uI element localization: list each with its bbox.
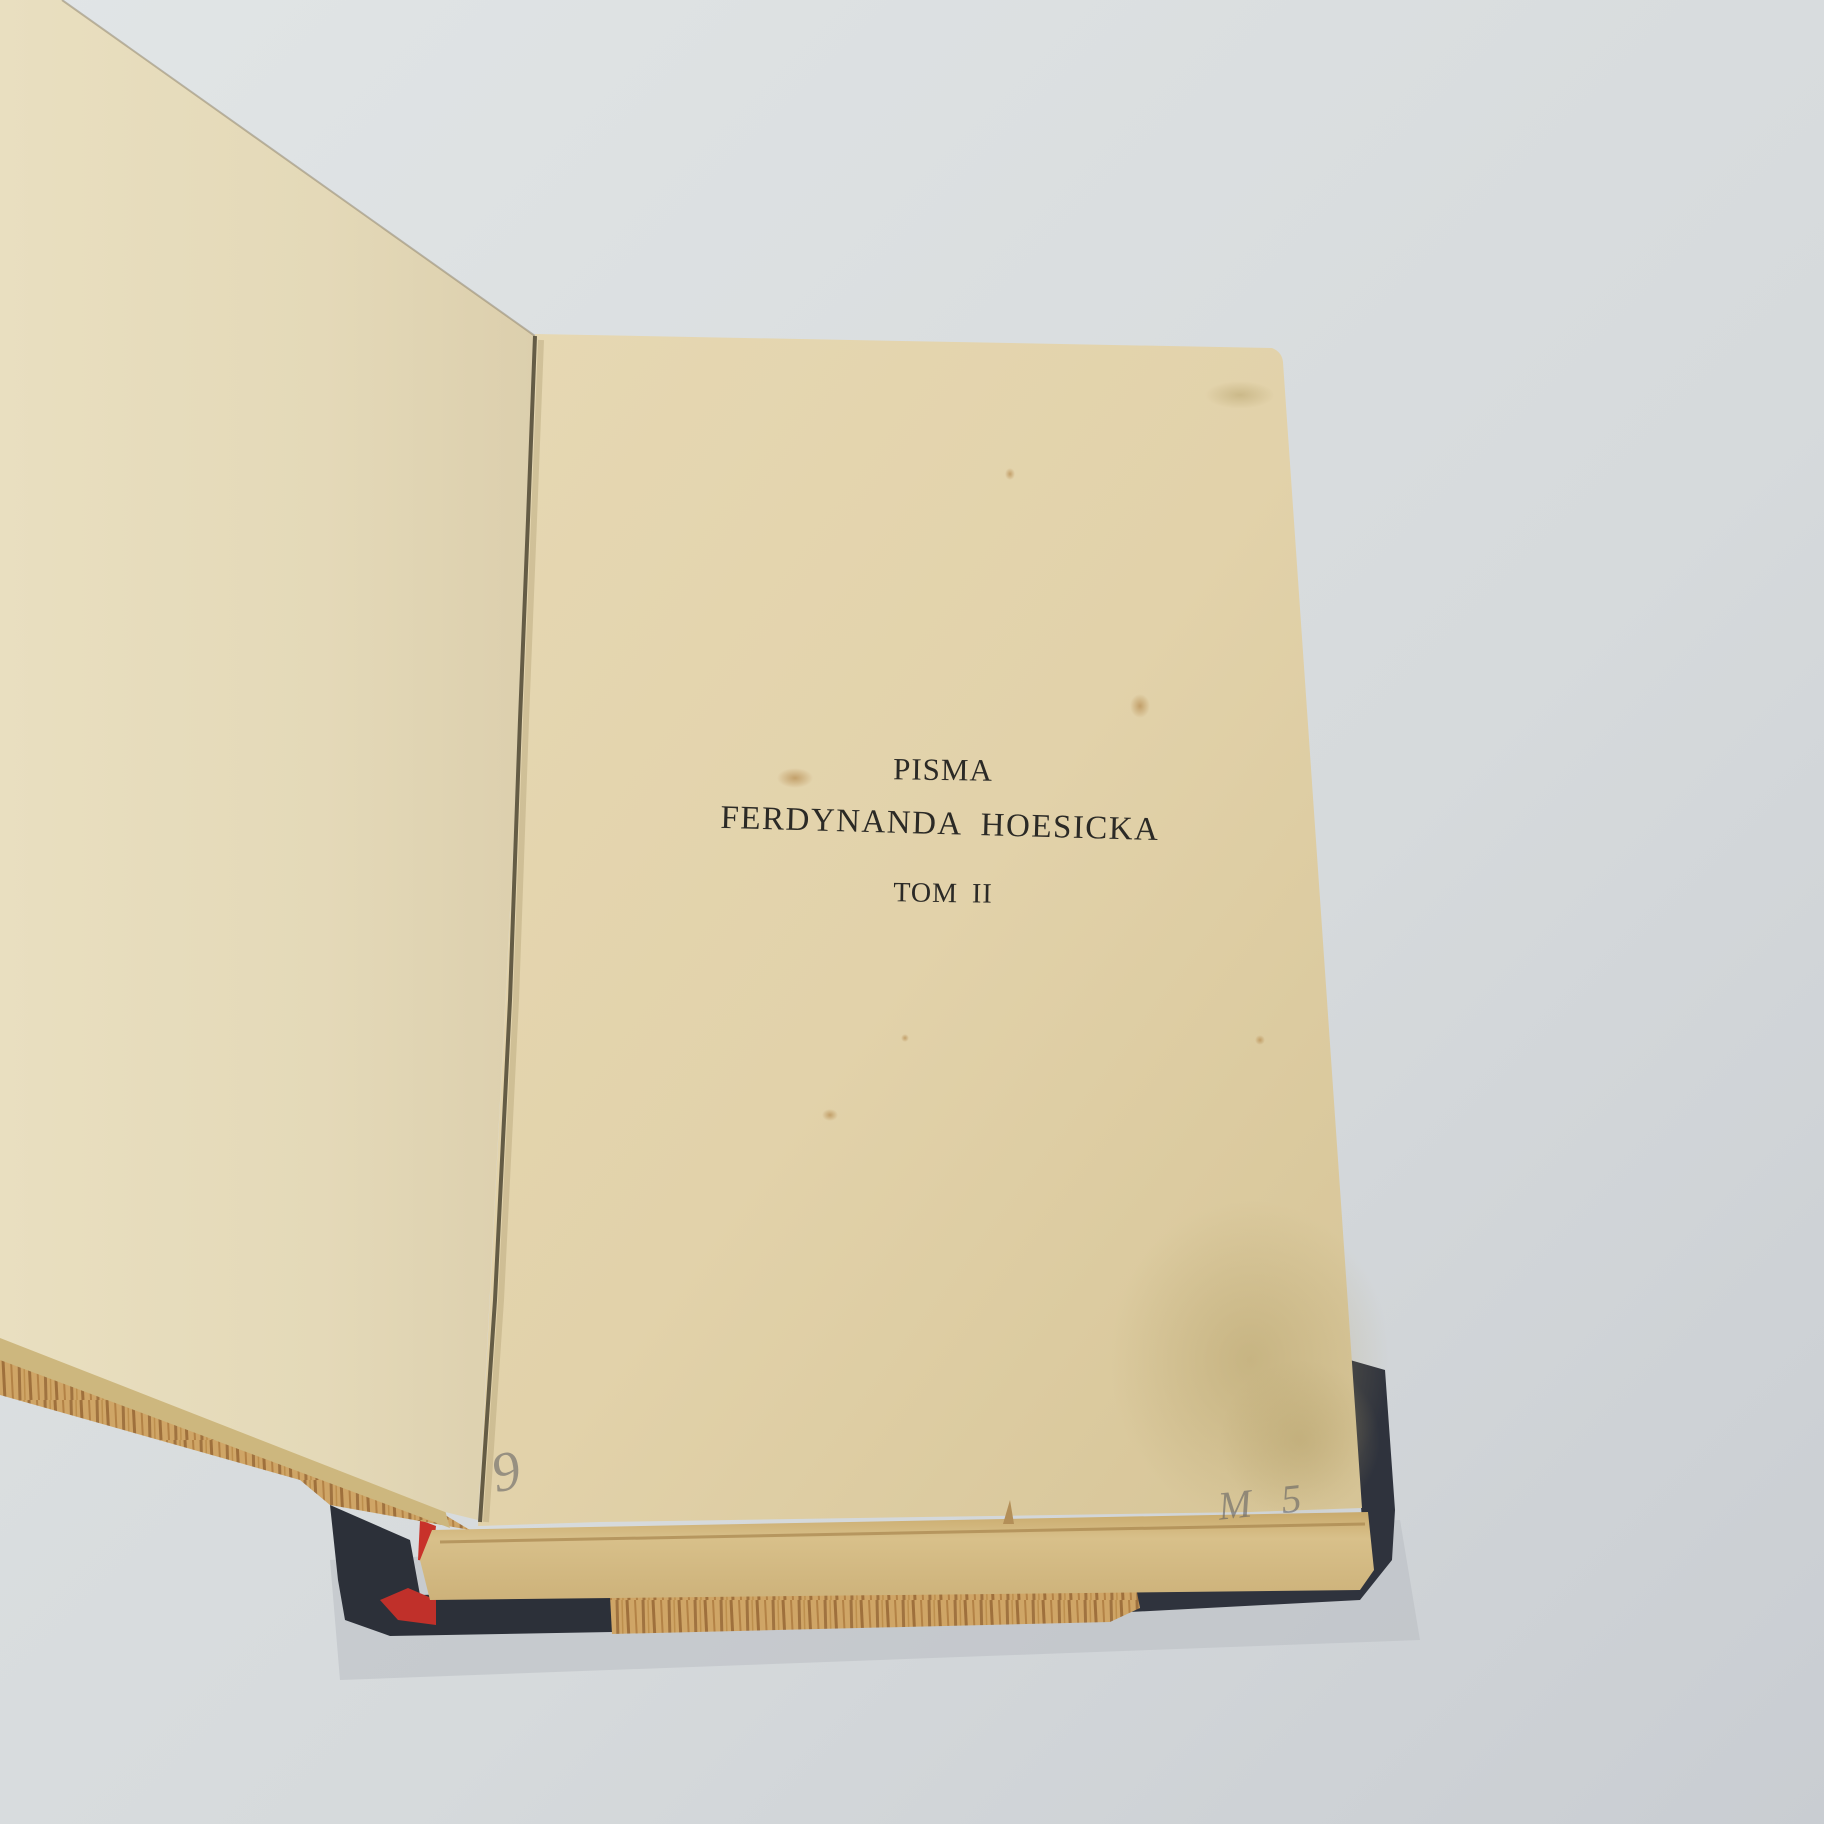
fox-spot	[822, 1109, 838, 1121]
fox-spot	[1130, 694, 1150, 718]
book-photo	[0, 0, 1824, 1824]
fox-spot	[901, 1034, 909, 1042]
fox-spot	[777, 768, 813, 788]
fox-spot	[1255, 1035, 1265, 1045]
fox-spot	[1205, 381, 1275, 409]
stain-lower-right-2	[1220, 1360, 1380, 1520]
fox-spot	[1005, 468, 1015, 480]
